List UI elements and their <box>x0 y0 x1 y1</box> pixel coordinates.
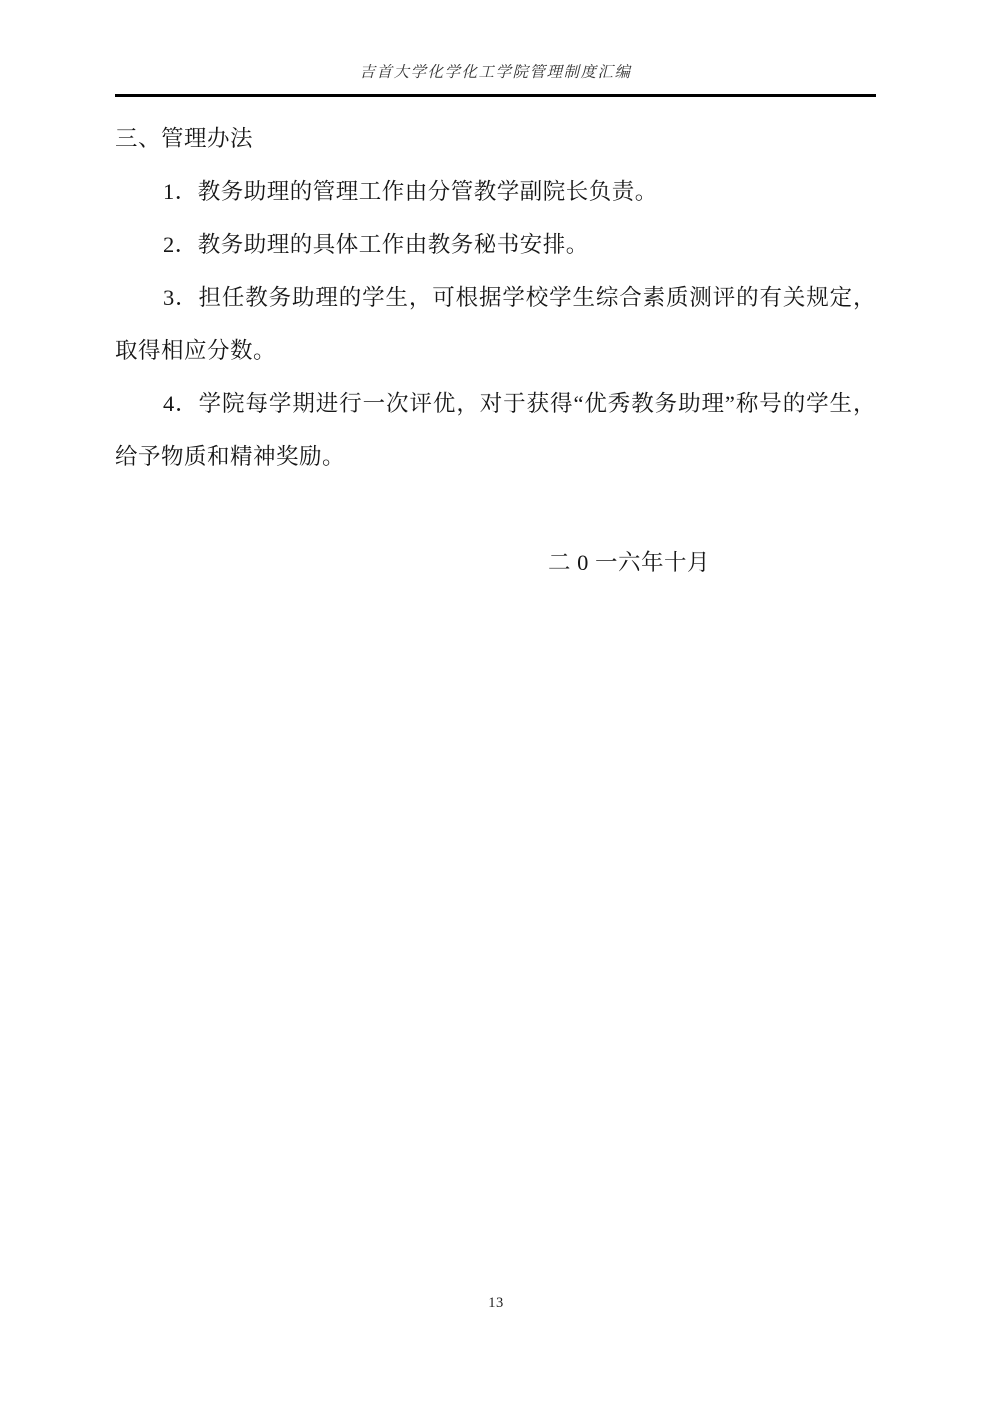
paragraph-item-1: 1．教务助理的管理工作由分管教学副院长负责。 <box>115 165 876 218</box>
document-page: 吉首大学化学化工学院管理制度汇编 三、管理办法 1．教务助理的管理工作由分管教学… <box>0 0 992 1403</box>
paragraph-line: 4．学院每学期进行一次评优，对于获得“优秀教务助理”称号的学生， <box>115 377 876 430</box>
paragraph-item-4: 4．学院每学期进行一次评优，对于获得“优秀教务助理”称号的学生， 给予物质和精神… <box>115 377 876 483</box>
running-header-title: 吉首大学化学化工学院管理制度汇编 <box>115 60 876 82</box>
paragraph-line: 1．教务助理的管理工作由分管教学副院长负责。 <box>115 165 876 218</box>
signature-date: 二 0 一六年十月 <box>115 536 876 589</box>
paragraph-line: 3．担任教务助理的学生，可根据学校学生综合素质测评的有关规定， <box>115 271 876 324</box>
section-heading: 三、管理办法 <box>115 112 876 165</box>
page-number: 13 <box>0 1295 992 1312</box>
paragraph-line: 2．教务助理的具体工作由教务秘书安排。 <box>115 218 876 271</box>
header-rule-divider <box>115 94 876 97</box>
paragraph-line: 取得相应分数。 <box>115 324 876 377</box>
paragraph-item-3: 3．担任教务助理的学生，可根据学校学生综合素质测评的有关规定， 取得相应分数。 <box>115 271 876 377</box>
paragraph-line: 给予物质和精神奖励。 <box>115 430 876 483</box>
document-body: 三、管理办法 1．教务助理的管理工作由分管教学副院长负责。 2．教务助理的具体工… <box>115 112 876 589</box>
paragraph-item-2: 2．教务助理的具体工作由教务秘书安排。 <box>115 218 876 271</box>
